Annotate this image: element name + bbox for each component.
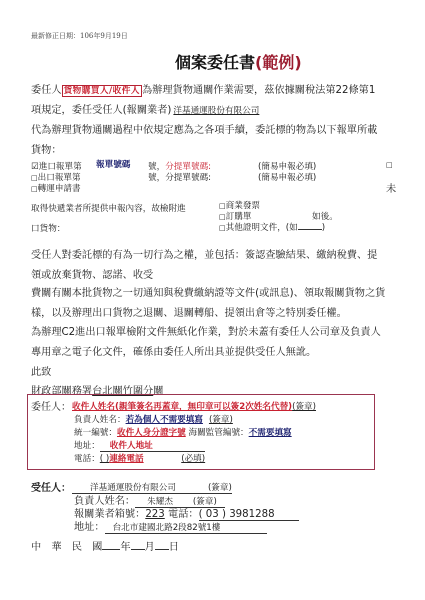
year-blank[interactable] [102, 549, 120, 550]
principal-address-value[interactable]: 收件人地址 [100, 439, 205, 452]
agent-address-value: 台北市建國北路2段82號1樓 [105, 521, 267, 534]
export-note: (簡易申報必填) [258, 171, 316, 183]
authority-line-2: 領或放棄貨物、認諾、收受 [31, 266, 153, 281]
intro-line2-prefix: 項規定，委任受任人(報關業者) [31, 105, 171, 116]
agent-address-row: 地址：台北市建國北路2段82號1樓 [74, 518, 267, 534]
day-label: 日 [169, 542, 179, 553]
agent-company-inline: 洋基通運股份有限公司 [173, 106, 259, 116]
intro-line-2: 項規定，委任受任人(報關業者)洋基通運股份有限公司 [31, 101, 259, 116]
principal-address-row: 地址：收件人地址 [74, 439, 205, 452]
month-blank[interactable] [131, 549, 145, 550]
transship-checkbox[interactable]: □ [31, 185, 38, 193]
attachment-option-other[interactable]: □其他證明文件，(如) [219, 221, 325, 233]
import-number-hint: 報單號碼 [96, 158, 130, 170]
date-line: 中 華 民 國年月日 [31, 538, 179, 553]
attachments-line-1: 取得快遞業者所提供申報內容，故檢附進 [31, 202, 186, 214]
customs-label: 海關監管編號： [188, 428, 248, 438]
principal-rep-row: 負責人姓名：若為個人不需要填寫(簽章) [74, 413, 233, 425]
intro-prefix: 委任人 [31, 85, 62, 96]
salutation: 此致 [31, 363, 51, 378]
intro-suffix: 為辦理貨物通關作業需要，茲依據關稅法第22條第1 [142, 85, 375, 96]
title-example: (範例) [255, 53, 302, 72]
export-no-label: 號，分提單號碼: [148, 171, 211, 183]
principal-id-value[interactable]: 收件人身分證字號 [117, 428, 186, 438]
right-checkbox[interactable]: □ [386, 161, 393, 169]
revised-date: 最新修正日期：106年9月19日 [31, 31, 128, 41]
intro-line-3: 代為辦理貨物通關過程中依規定應為之各項手續，委託標的物為以下報單所載 [31, 121, 377, 136]
principal-phone-value[interactable]: 連絡電話 [109, 452, 181, 464]
other-label: 其他證明文件，(如 [226, 223, 298, 233]
page-title: 個案委任書(範例) [175, 50, 302, 73]
intro-line-1: 委任人貨物購買人/收件人為辦理貨物通關作業需要，茲依據關稅法第22條第1 [31, 81, 375, 96]
transship-label: 轉運申請書 [38, 184, 81, 194]
principal-rep-seal: (簽章) [209, 415, 233, 425]
other-checkbox[interactable]: □ [219, 224, 226, 232]
agent-address-label: 地址： [74, 522, 105, 533]
authority-line-1: 受任人對委託標的有為一切行為之權，並包括：簽認查驗結果、繳納稅費、提 [31, 246, 377, 261]
day-blank[interactable] [155, 549, 169, 550]
other-suffix: ) [322, 223, 325, 233]
transship-row: □轉運申請書 [31, 182, 81, 194]
date-prefix: 中 華 民 國 [31, 542, 102, 553]
principal-rep-value[interactable]: 若為個人不需要填寫 [126, 415, 203, 425]
year-label: 年 [120, 542, 130, 553]
intro-line-4: 貨物： [31, 141, 62, 156]
month-label: 月 [145, 542, 155, 553]
principal-phone-area[interactable]: ( ) [100, 454, 109, 464]
principal-role-highlight: 貨物購買人/收件人 [62, 85, 142, 97]
order-checkbox[interactable]: □ [219, 213, 226, 221]
customs-value[interactable]: 不需要填寫 [249, 426, 311, 438]
export-checkbox[interactable]: □ [31, 174, 38, 182]
principal-phone-label: 電話： [74, 454, 100, 464]
principal-label: 委任人： [31, 398, 71, 413]
title-main: 個案委任書 [175, 53, 255, 72]
principal-name-row: 收件人姓名(親筆簽名再蓋章，無印章可以簽2次姓名代替)(簽章) [72, 400, 316, 412]
principal-seal: (簽章) [292, 402, 316, 412]
paperless-line-2: 專用章之電子化文件，確係由委任人所出具並提供受任人無訛。 [31, 343, 316, 358]
attachments-line-2: 口貨物： [31, 222, 65, 234]
other-blank[interactable] [298, 229, 322, 230]
principal-name[interactable]: 收件人姓名(親筆簽名再蓋章，無印章可以簽2次姓名代替) [72, 402, 292, 412]
principal-address-label: 地址： [74, 441, 100, 451]
right-char: 未 [386, 180, 396, 195]
principal-phone-required: (必填) [181, 454, 205, 464]
agent-label: 受任人： [31, 479, 71, 494]
principal-id-label: 統一編號： [74, 428, 117, 438]
principal-phone-row: 電話：( )連絡電話(必填) [74, 452, 205, 464]
authority-line-3: 費關有關本批貨物之一切通知與稅費繳納證等文件(或訊息)、領取報關貨物之貨 [31, 284, 385, 299]
invoice-checkbox[interactable]: □ [219, 202, 226, 210]
paperless-line-1: 為辦理C2進出口報單檢附文件無紙化作業，對於未蓋有委任人公司章及負責人 [31, 323, 381, 338]
principal-rep-label: 負責人姓名： [74, 415, 126, 425]
authority-line-4: 樣，以及辦理出口貨物之退關、退關轉船、提領出倉等之特別委任權。 [31, 304, 347, 319]
principal-id-row: 統一編號：收件人身分證字號 海關監管編號：不需要填寫 [74, 426, 311, 438]
